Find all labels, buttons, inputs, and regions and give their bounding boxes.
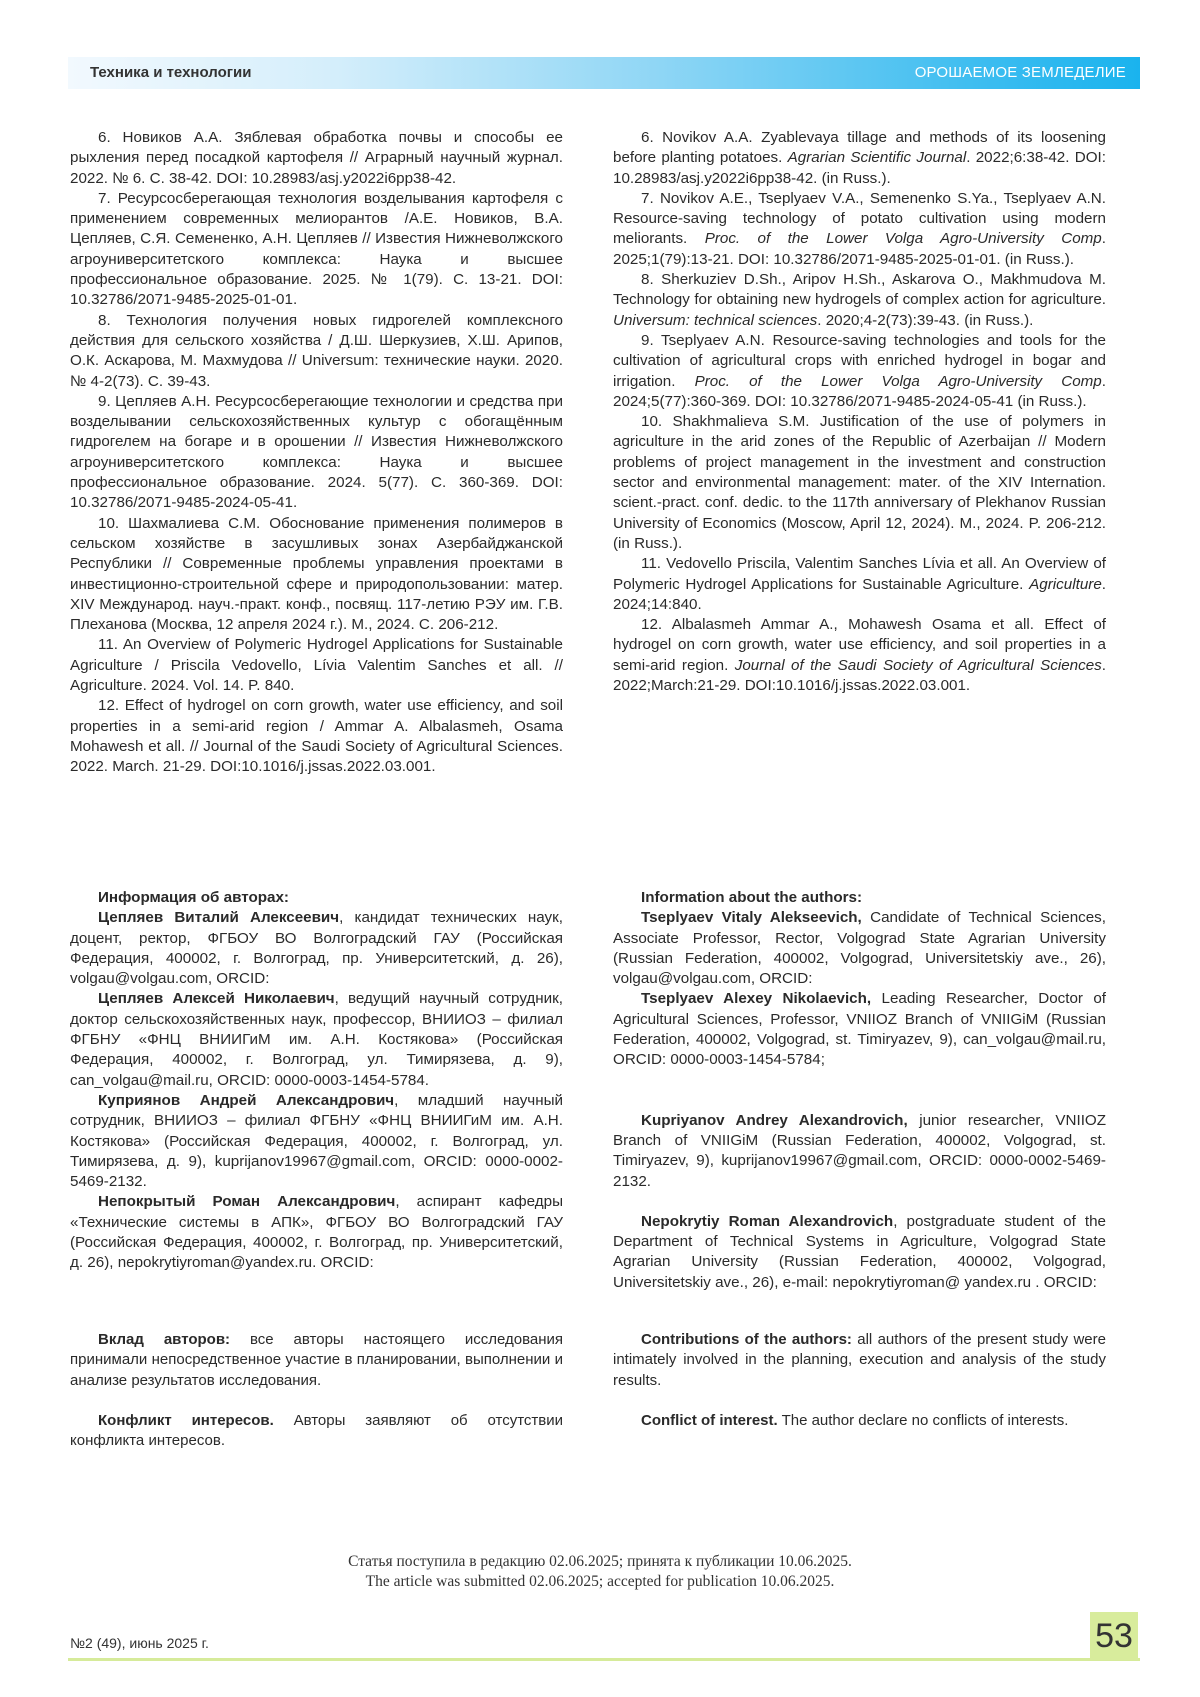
author-entry: Цепляев Алексей Николаевич, ведущий науч… xyxy=(70,989,563,1090)
issue-info: №2 (49), июнь 2025 г. xyxy=(70,1635,209,1651)
contributions-statement: Вклад авторов: все авторы настоящего исс… xyxy=(70,1330,563,1391)
references-russian: 6. Новиков А.А. Зяблевая обработка почвы… xyxy=(70,128,563,778)
author-name: Непокрытый Роман Александрович xyxy=(98,1193,395,1210)
journal-title: Agrarian Scientific Journal xyxy=(788,149,967,166)
author-name: Nepokrytiy Roman Alexandrovich xyxy=(641,1213,893,1230)
authors-heading: Информация об авторах: xyxy=(70,888,563,908)
authors-info-english: Information about the authors: Tseplyaev… xyxy=(613,888,1106,1293)
author-entry: Tseplyaev Alexey Nikolaevich, Leading Re… xyxy=(613,989,1106,1070)
spacer xyxy=(613,1071,1106,1111)
author-name: Kupriyanov Andrey Alexandrovich, xyxy=(641,1112,908,1129)
reference-item: 12. Albalasmeh Ammar A., Mohawesh Osama … xyxy=(613,615,1106,696)
reference-item: 9. Tseplyaev A.N. Resource-saving techno… xyxy=(613,331,1106,412)
author-name: Tseplyaev Alexey Nikolaevich, xyxy=(641,990,871,1007)
submission-en: The article was submitted 02.06.2025; ac… xyxy=(0,1572,1200,1592)
reference-item: 6. Novikov A.A. Zyablevaya tillage and m… xyxy=(613,128,1106,189)
reference-item: 11. An Overview of Polymeric Hydrogel Ap… xyxy=(70,635,563,696)
conflict-statement: Conflict of interest. The author declare… xyxy=(613,1411,1106,1431)
journal-title: Agriculture xyxy=(1029,576,1102,593)
declarations-english: Contributions of the authors: all author… xyxy=(613,1330,1106,1431)
reference-item: 10. Шахмалиева С.М. Обоснование применен… xyxy=(70,514,563,636)
authors-heading: Information about the authors: xyxy=(613,888,1106,908)
reference-item: 10. Shakhmalieva S.M. Justification of t… xyxy=(613,412,1106,554)
reference-item: 8. Технология получения новых гидрогелей… xyxy=(70,311,563,392)
contributions-statement: Contributions of the authors: all author… xyxy=(613,1330,1106,1391)
author-entry: Цепляев Виталий Алексеевич, кандидат тех… xyxy=(70,908,563,989)
reference-item: 6. Новиков А.А. Зяблевая обработка почвы… xyxy=(70,128,563,189)
author-entry: Куприянов Андрей Александрович, младший … xyxy=(70,1091,563,1192)
author-name: Tseplyaev Vitaly Alekseevich, xyxy=(641,909,862,926)
submission-ru: Статья поступила в редакцию 02.06.2025; … xyxy=(0,1552,1200,1572)
author-name: Цепляев Виталий Алексеевич xyxy=(98,909,339,926)
reference-item: 7. Ресурсосберегающая технология возделы… xyxy=(70,189,563,311)
spacer xyxy=(613,1391,1106,1411)
author-name: Куприянов Андрей Александрович xyxy=(98,1092,394,1109)
header-rubric: ОРОШАЕМОЕ ЗЕМЛЕДЕЛИЕ xyxy=(915,64,1126,81)
spacer xyxy=(613,1192,1106,1212)
journal-title: Proc. of the Lower Volga Agro-University… xyxy=(695,373,1102,390)
author-entry: Непокрытый Роман Александрович, аспирант… xyxy=(70,1192,563,1273)
reference-item: 8. Sherkuziev D.Sh., Aripov H.Sh., Askar… xyxy=(613,270,1106,331)
submission-dates: Статья поступила в редакцию 02.06.2025; … xyxy=(0,1552,1200,1592)
author-entry: Tseplyaev Vitaly Alekseevich, Candidate … xyxy=(613,908,1106,989)
journal-title: Universum: technical sciences xyxy=(613,312,817,329)
author-entry: Nepokrytiy Roman Alexandrovich, postgrad… xyxy=(613,1212,1106,1293)
reference-item: 9. Цепляев А.Н. Ресурсосберегающие техно… xyxy=(70,392,563,514)
author-entry: Kupriyanov Andrey Alexandrovich, junior … xyxy=(613,1111,1106,1192)
running-header: Техника и технологии ОРОШАЕМОЕ ЗЕМЛЕДЕЛИ… xyxy=(68,57,1140,89)
page-number: 53 xyxy=(1090,1612,1138,1660)
reference-item: 11. Vedovello Priscila, Valentim Sanches… xyxy=(613,554,1106,615)
spacer xyxy=(70,1391,563,1411)
journal-title: Proc. of the Lower Volga Agro-University… xyxy=(705,230,1102,247)
conflict-statement: Конфликт интересов. Авторы заявляют об о… xyxy=(70,1411,563,1452)
journal-title: Journal of the Saudi Society of Agricult… xyxy=(735,657,1102,674)
footer-divider xyxy=(68,1658,1140,1661)
references-english: 6. Novikov A.A. Zyablevaya tillage and m… xyxy=(613,128,1106,696)
header-section-title: Техника и технологии xyxy=(90,64,251,81)
reference-item: 7. Novikov A.E., Tseplyaev V.A., Semenen… xyxy=(613,189,1106,270)
authors-info-russian: Информация об авторах: Цепляев Виталий А… xyxy=(70,888,563,1274)
reference-item: 12. Effect of hydrogel on corn growth, w… xyxy=(70,696,563,777)
author-name: Цепляев Алексей Николаевич xyxy=(98,990,335,1007)
declarations-russian: Вклад авторов: все авторы настоящего исс… xyxy=(70,1330,563,1451)
